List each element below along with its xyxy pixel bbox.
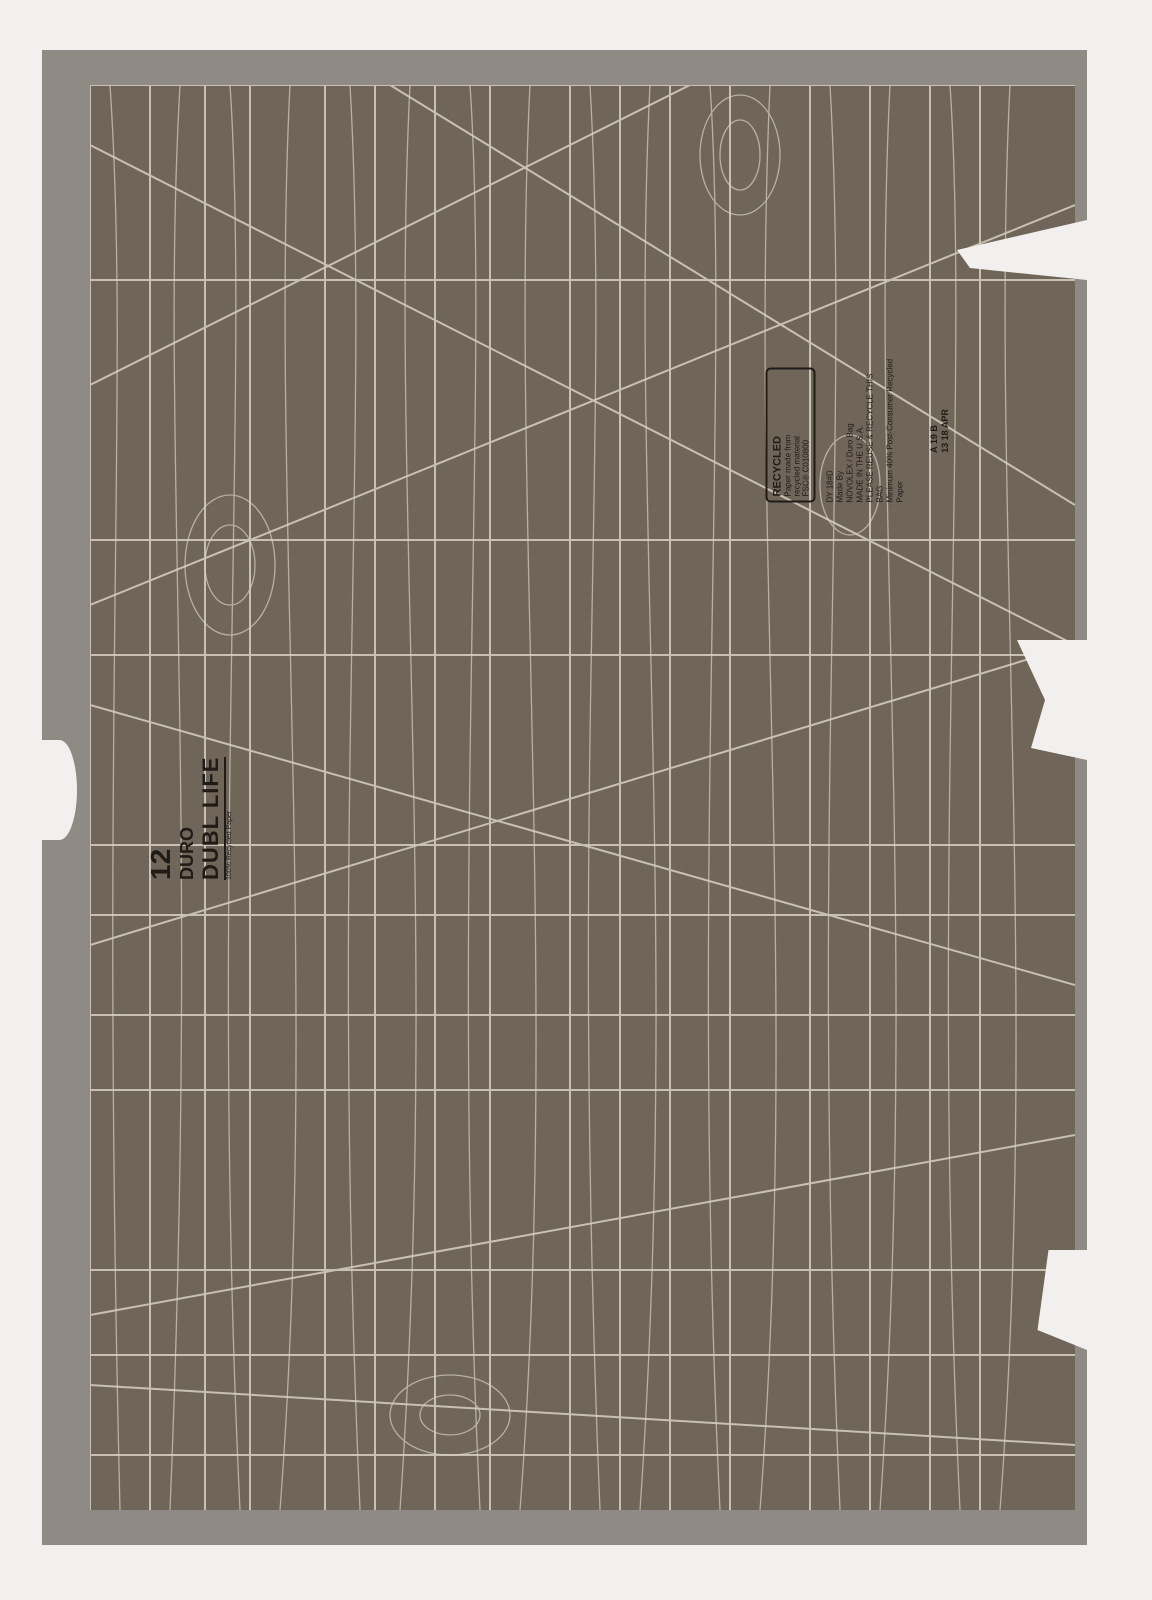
print-line: DY 18#D: [826, 358, 836, 503]
stamp-line: 13 18 APR: [940, 409, 951, 453]
duro-logo: 12 DURO DUBL LIFE 100% Recycled Paper: [145, 757, 233, 880]
brand-name: DURO: [177, 757, 198, 880]
product-name: DUBL LIFE: [198, 757, 226, 880]
recycled-box: RECYCLED Paper made from recycled materi…: [766, 368, 816, 503]
stamp-line: A 19 B: [929, 409, 940, 453]
fsc-text: recycled material: [793, 374, 802, 497]
drawn-area: [90, 85, 1075, 1510]
print-line: Minimum 40% Post-Consumer Recycled Paper: [886, 358, 906, 503]
tagline: 100% Recycled Paper: [226, 757, 233, 880]
stamp-code: A 19 B 13 18 APR: [929, 409, 951, 453]
print-info: DY 18#D Made By NOVOLEX / Duro Bag MADE …: [826, 358, 906, 503]
torn-edge: [42, 740, 77, 840]
grid-drawing: [90, 85, 1075, 1510]
print-line: Made By: [836, 358, 846, 503]
fsc-label: RECYCLED Paper made from recycled materi…: [766, 358, 901, 508]
recycled-title: RECYCLED: [772, 374, 784, 497]
fsc-license: FSC® C010800: [802, 374, 811, 497]
fsc-text: Paper made from: [784, 374, 793, 497]
print-line: MADE IN THE U.S.A.: [856, 358, 866, 503]
bag-size-number: 12: [145, 757, 177, 880]
print-line: PLEASE REUSE & RECYCLE THIS BAG: [866, 358, 886, 503]
print-line: NOVOLEX / Duro Bag: [846, 358, 856, 503]
